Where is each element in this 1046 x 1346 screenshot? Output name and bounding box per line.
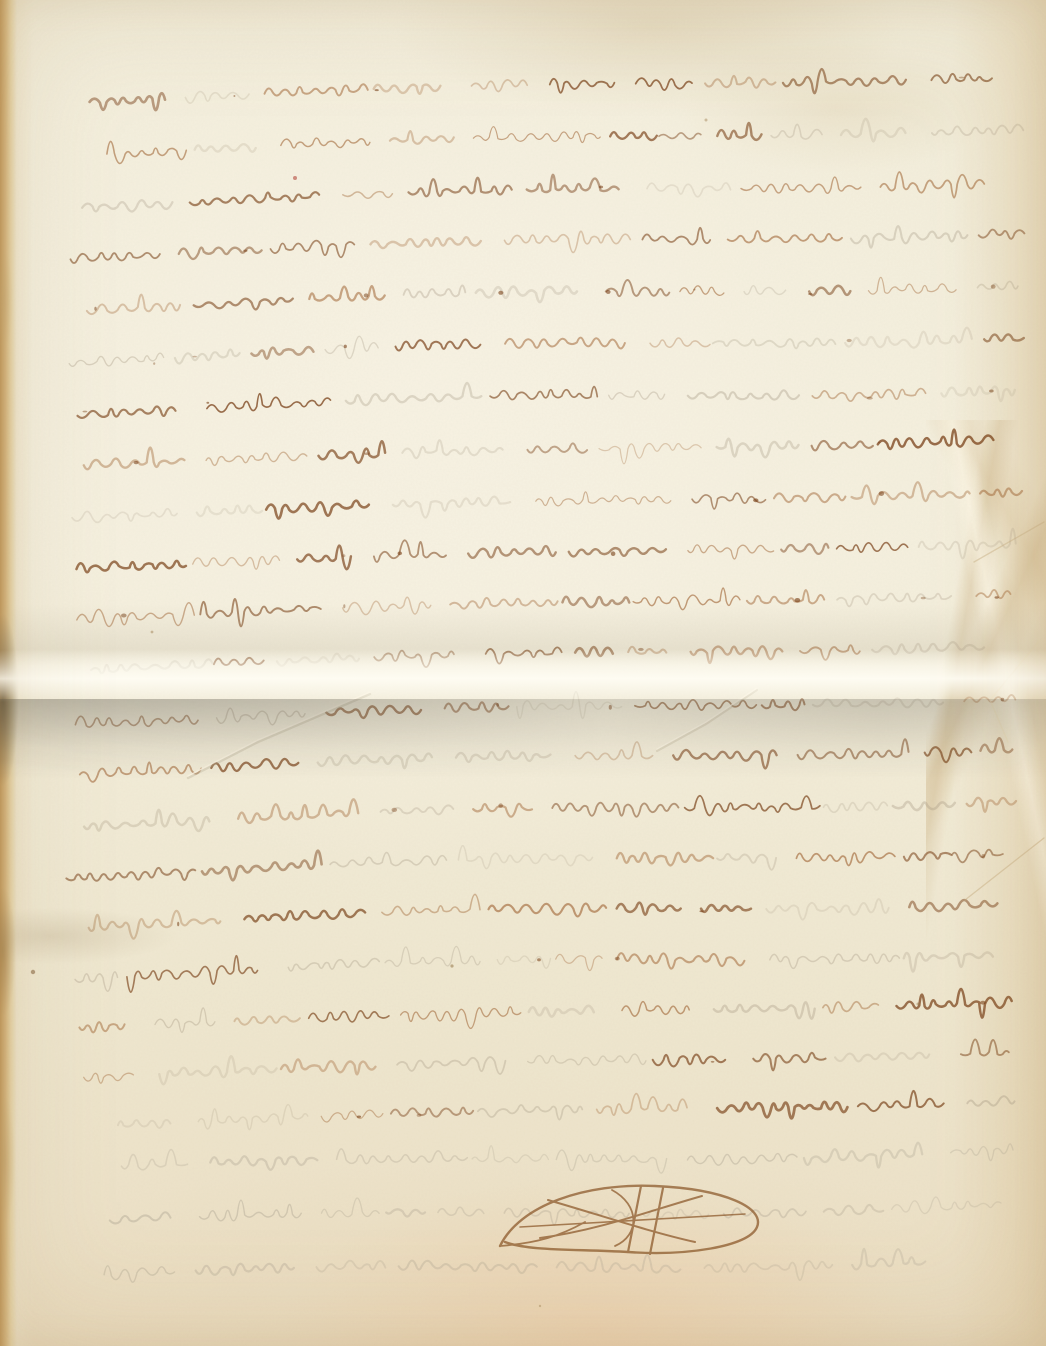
fold-crease-shadow xyxy=(0,699,1046,779)
fold-highlight xyxy=(0,650,1046,702)
manuscript-page xyxy=(0,0,1046,1346)
secondary-crease-shading xyxy=(0,898,280,974)
